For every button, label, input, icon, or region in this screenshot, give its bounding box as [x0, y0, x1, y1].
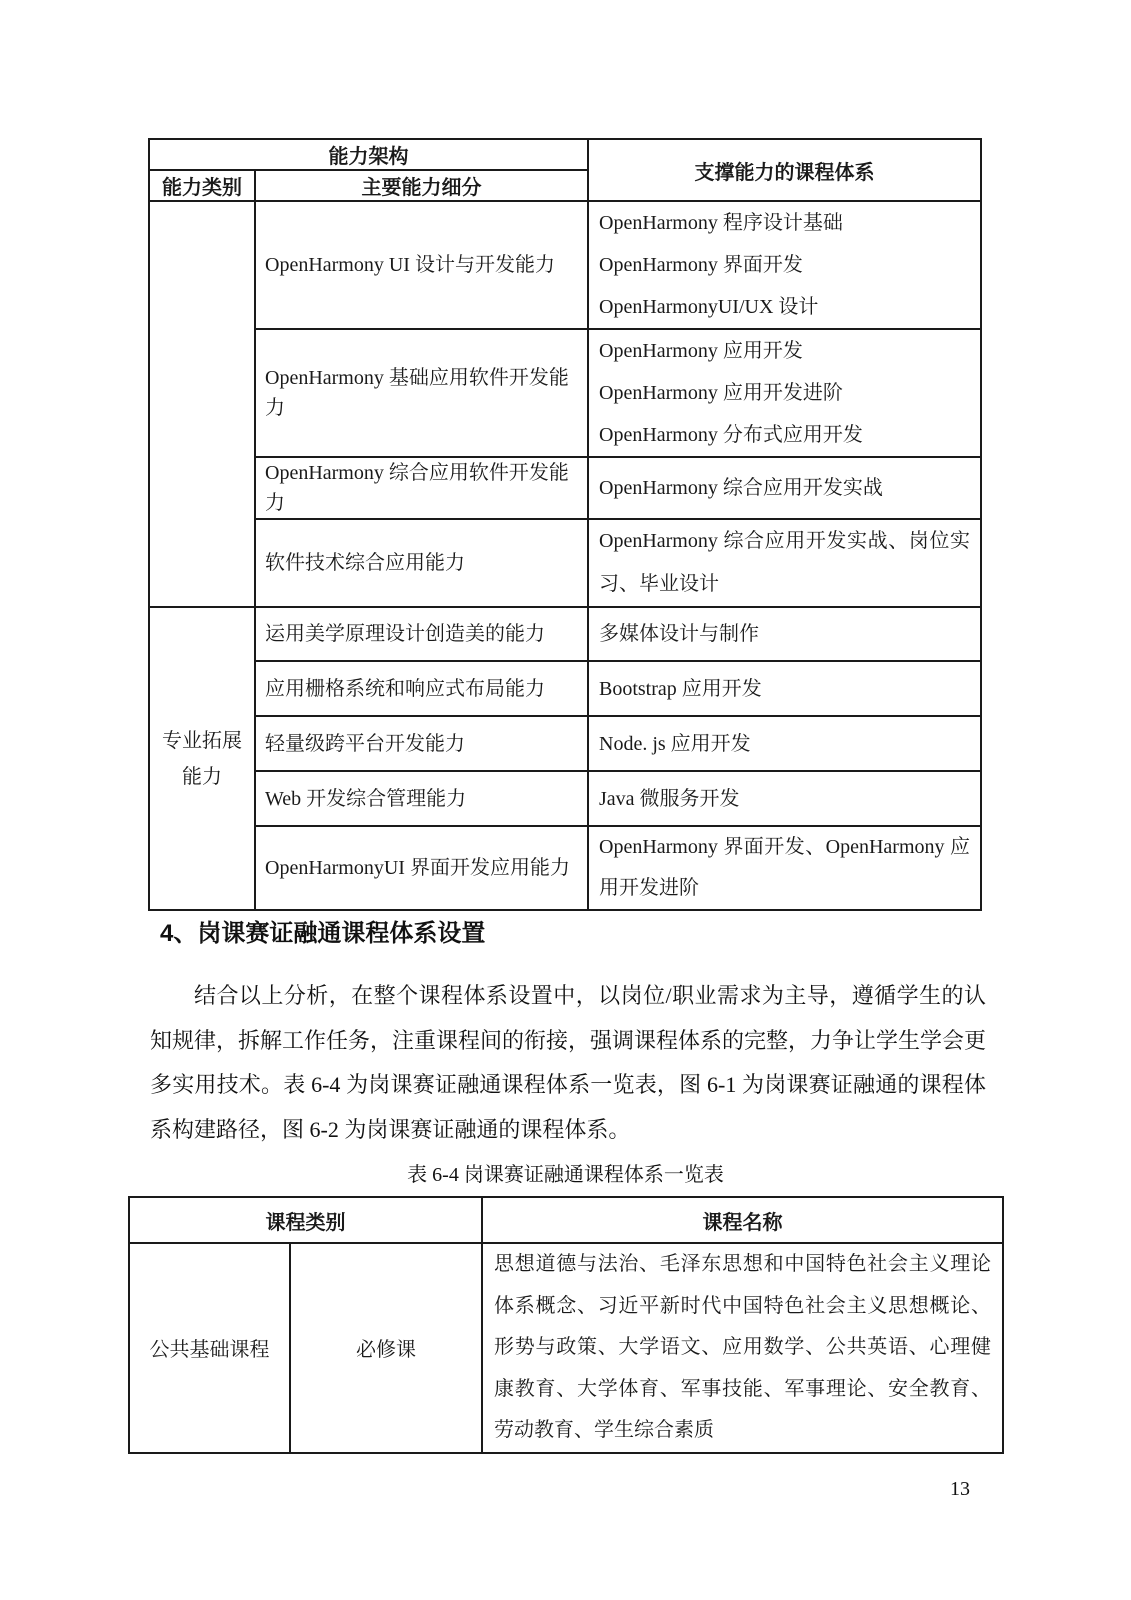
table1-courses-cell: Node. js 应用开发: [588, 716, 981, 771]
table1-ability-cell: OpenHarmony UI 设计与开发能力: [255, 201, 588, 329]
table2-category-cell: 公共基础课程: [129, 1243, 290, 1453]
table1-courses-cell: OpenHarmony 综合应用开发实战: [588, 457, 981, 519]
table2-courses-cell: 思想道德与法治、毛泽东思想和中国特色社会主义理论体系概念、习近平新时代中国特色社…: [482, 1243, 1003, 1453]
table1-ability-cell: 软件技术综合应用能力: [255, 519, 588, 607]
table1-category-cell-extension: 专业拓展能力: [149, 607, 255, 910]
table1-courses-cell: OpenHarmony 界面开发、OpenHarmony 应用开发进阶: [588, 826, 981, 910]
table1-ability-cell: 轻量级跨平台开发能力: [255, 716, 588, 771]
course-line: OpenHarmony 分布式应用开发: [599, 414, 970, 456]
table1-header-ability-architecture: 能力架构: [149, 139, 588, 170]
table1-ability-cell: Web 开发综合管理能力: [255, 771, 588, 826]
table1-courses-cell: Bootstrap 应用开发: [588, 661, 981, 716]
course-system-table: 课程类别 课程名称 公共基础课程 必修课 思想道德与法治、毛泽东思想和中国特色社…: [128, 1196, 1004, 1454]
table1-header-category: 能力类别: [149, 170, 255, 201]
table1-category-cell-blank: [149, 201, 255, 607]
table2-course-type-cell: 必修课: [290, 1243, 482, 1453]
table1-courses-cell: 多媒体设计与制作: [588, 607, 981, 661]
table1-ability-cell: OpenHarmony 综合应用软件开发能力: [255, 457, 588, 519]
section-heading: 4、岗课赛证融通课程体系设置: [160, 918, 485, 950]
table2-caption: 表 6-4 岗课赛证融通课程体系一览表: [0, 1158, 1131, 1187]
course-line: OpenHarmony 程序设计基础: [599, 202, 970, 244]
table1-ability-cell: 应用栅格系统和响应式布局能力: [255, 661, 588, 716]
table1-ability-cell: OpenHarmony 基础应用软件开发能力: [255, 329, 588, 457]
table1-ability-cell: OpenHarmonyUI 界面开发应用能力: [255, 826, 588, 910]
table2-header-category: 课程类别: [129, 1197, 482, 1243]
table1-courses-cell: OpenHarmony 应用开发 OpenHarmony 应用开发进阶 Open…: [588, 329, 981, 457]
course-line: OpenHarmony 应用开发进阶: [599, 372, 970, 414]
table2-header-course-name: 课程名称: [482, 1197, 1003, 1243]
table1-ability-cell: 运用美学原理设计创造美的能力: [255, 607, 588, 661]
table1-courses-cell: OpenHarmony 综合应用开发实战、岗位实习、毕业设计: [588, 519, 981, 607]
document-page: 能力架构 支撑能力的课程体系 能力类别 主要能力细分 OpenHarmony U…: [0, 0, 1131, 1600]
body-paragraph: 结合以上分析，在整个课程体系设置中，以岗位/职业需求为主导，遵循学生的认知规律，…: [150, 974, 986, 1152]
page-number: 13: [920, 1478, 1000, 1501]
ability-architecture-table: 能力架构 支撑能力的课程体系 能力类别 主要能力细分 OpenHarmony U…: [148, 138, 982, 911]
course-line: OpenHarmony 应用开发: [599, 330, 970, 372]
course-line: OpenHarmony 界面开发: [599, 244, 970, 286]
course-line: OpenHarmonyUI/UX 设计: [599, 286, 970, 328]
table1-header-subdivision: 主要能力细分: [255, 170, 588, 201]
table1-courses-cell: OpenHarmony 程序设计基础 OpenHarmony 界面开发 Open…: [588, 201, 981, 329]
table1-courses-cell: Java 微服务开发: [588, 771, 981, 826]
table1-header-course-system: 支撑能力的课程体系: [588, 139, 981, 201]
